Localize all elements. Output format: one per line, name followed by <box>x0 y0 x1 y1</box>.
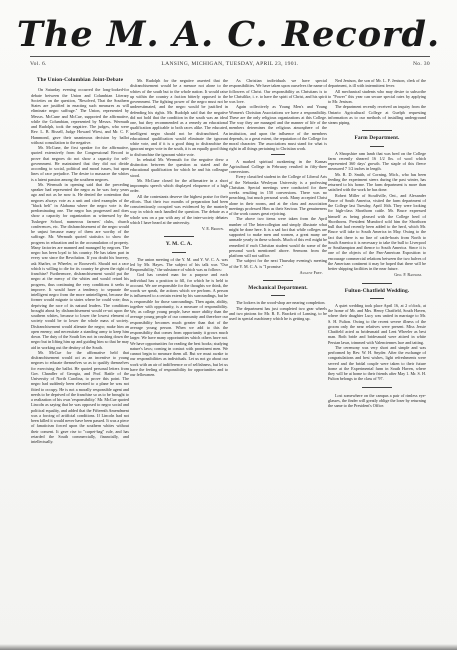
page-edge-shadow <box>0 644 457 650</box>
mechanical-paragraph: Ned Jenison, the son of Mr. L. F. Jeniso… <box>328 78 426 89</box>
ymca-paragraph: The above two items were taken from the … <box>229 216 327 258</box>
ymca-signature: August Frey. <box>229 270 323 275</box>
section-divider <box>362 387 392 388</box>
debate-paragraph: Mr. McCune, the first speaker for the af… <box>31 145 129 182</box>
column-3: As Christian individuals we have special… <box>229 78 327 321</box>
debate-headline: The Union-Columbian Joint-Debate <box>31 78 129 83</box>
mechanical-paragraph: The department recently received an inqu… <box>328 104 426 125</box>
section-divider <box>263 280 293 281</box>
mechanical-headline: Mechanical Department. <box>229 286 327 291</box>
headline-underline <box>370 146 384 147</box>
farm-signature: Geo. F. Ransom. <box>328 272 422 277</box>
wedding-paragraph: The ceremony was very short and simple a… <box>328 345 426 382</box>
debate-paragraph: All the contestants deserve the highest … <box>130 194 228 226</box>
farm-headline: Farm Department. <box>328 136 426 141</box>
debate-paragraph: In rebuttal Mr. Wermuth for the negative… <box>130 157 228 178</box>
debate-paragraph: Mr. Rudolph for the negative asserted th… <box>130 78 228 157</box>
headline-underline <box>172 252 186 253</box>
place-date: LANSING, MICHIGAN, TUESDAY, APRIL 23, 19… <box>30 61 430 67</box>
ymca-paragraph: The union meeting of the Y. M. and Y. W.… <box>130 257 228 273</box>
section-divider <box>362 283 392 284</box>
farm-paragraph: Robert Miller of Stouffville, Ont., and … <box>328 193 426 272</box>
wedding-headline: Fulton-Chatfield Wedding. <box>328 289 426 294</box>
ymca-paragraph: The subject for the next Thursday evenin… <box>229 258 327 269</box>
mechanical-paragraph: The lockers in the wood-shop are nearing… <box>229 300 327 305</box>
ymca-paragraph: Again collectively as Young Men's and Yo… <box>229 104 327 151</box>
column-2: Mr. Rudolph for the negative asserted th… <box>130 78 228 377</box>
farm-paragraph: Mr. R. D. Smith, of Corning, Mich., who … <box>328 172 426 193</box>
ymca-paragraph: Every classified student in the College … <box>229 174 327 216</box>
debate-paragraph: Mr. Wermuth in opening said that the pre… <box>31 182 129 350</box>
mechanical-paragraph: All mechanical students who may desire t… <box>328 89 426 105</box>
debate-signature: V. E. Brown. <box>130 226 224 231</box>
ymca-headline: Y. M. C. A. <box>130 242 228 247</box>
mechanical-paragraph: The department has just completed two ge… <box>229 306 327 322</box>
ymca-paragraph: God has created man for a purpose and ea… <box>130 272 228 377</box>
section-divider <box>362 130 392 131</box>
masthead-rule <box>30 56 430 57</box>
issue-number: No. 30 <box>413 61 430 67</box>
column-4: Ned Jenison, the son of Mr. L. F. Jeniso… <box>328 78 426 408</box>
debate-paragraph: Mr. McCune closed for the affirmative in… <box>130 178 228 194</box>
farm-paragraph: A Shropshire ram lamb that was bred on t… <box>328 151 426 172</box>
ymca-paragraph: As Christian individuals we have special… <box>229 78 327 104</box>
lost-notice: Lost somewhere on the campus a pair of r… <box>328 393 426 409</box>
headline-underline <box>370 298 384 299</box>
masthead-title: The M. A. C. Record. <box>0 14 457 55</box>
headline-underline <box>271 295 285 296</box>
section-divider <box>164 236 194 237</box>
debate-paragraph: On Saturday evening occurred the long-lo… <box>31 87 129 145</box>
dateline: Vol. 6. LANSING, MICHIGAN, TUESDAY, APRI… <box>30 61 430 71</box>
section-divider <box>271 154 285 155</box>
ymca-paragraph: A marked spiritual awakening in the Kans… <box>229 159 327 175</box>
wedding-paragraph: A quiet wedding took place April 16, at … <box>328 303 426 345</box>
column-1: The Union-Columbian Joint-Debate On Satu… <box>31 78 129 444</box>
debate-paragraph: Mr. McCue for the affirmative held that … <box>31 350 129 445</box>
